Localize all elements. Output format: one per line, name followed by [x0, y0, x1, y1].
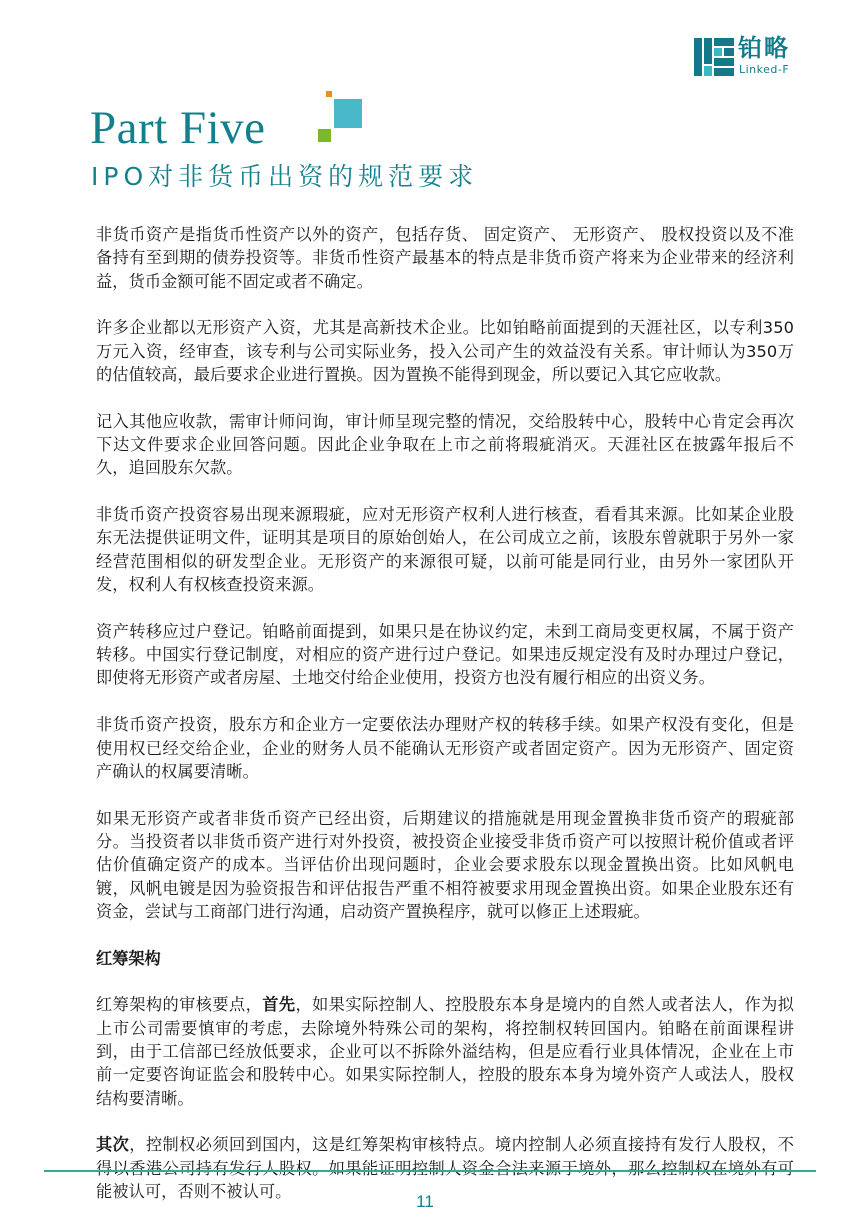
page-subtitle: IPO对非货币出资的规范要求: [91, 160, 478, 194]
paragraph: 非货币资产是指货币性资产以外的资产，包括存货、 固定资产、 无形资产、 股权投资…: [96, 223, 794, 293]
logo-name-en: Linked-F: [739, 63, 789, 76]
teal-square: [334, 99, 362, 128]
paragraph-prefix: 红筹架构的审核要点，: [96, 995, 262, 1014]
paragraph: 记入其他应收款，需审计师问询，审计师呈现完整的情况，交给股转中心，股转中心肯定会…: [96, 410, 794, 480]
footer-divider: [44, 1170, 816, 1172]
section-heading: 红筹架构: [96, 947, 794, 970]
green-square: [318, 129, 331, 142]
paragraph: 非货币资产投资，股东方和企业方一定要依法办理财产权的转移手续。如果产权没有变化，…: [96, 713, 794, 783]
paragraph: 许多企业都以无形资产入资，尤其是高新技术企业。比如铂略前面提到的天涯社区，以专利…: [96, 316, 794, 386]
emphasis: 首先: [262, 995, 295, 1014]
paragraph: 红筹架构的审核要点，首先，如果实际控制人、控股股东本身是境内的自然人或者法人，作…: [96, 993, 794, 1109]
company-logo: 铂略 Linked-F: [694, 36, 814, 76]
logo-name-cn: 铂略: [738, 34, 790, 62]
page-number: 11: [0, 1192, 850, 1212]
paragraph: 非货币资产投资容易出现来源瑕疵，应对无形资产权利人进行核查，看看其来源。比如某企…: [96, 503, 794, 596]
orange-square: [326, 91, 332, 97]
emphasis: 其次: [96, 1135, 129, 1154]
logo-mark-icon: [694, 38, 734, 76]
paragraph: 如果无形资产或者非货币资产已经出资，后期建议的措施就是用现金置换非货币资产的瑕疵…: [96, 807, 794, 923]
paragraph: 资产转移应过户登记。铂略前面提到，如果只是在协议约定，未到工商局变更权属，不属于…: [96, 620, 794, 690]
article-body: 非货币资产是指货币性资产以外的资产，包括存货、 固定资产、 无形资产、 股权投资…: [96, 223, 794, 1227]
part-title: Part Five: [90, 100, 266, 156]
